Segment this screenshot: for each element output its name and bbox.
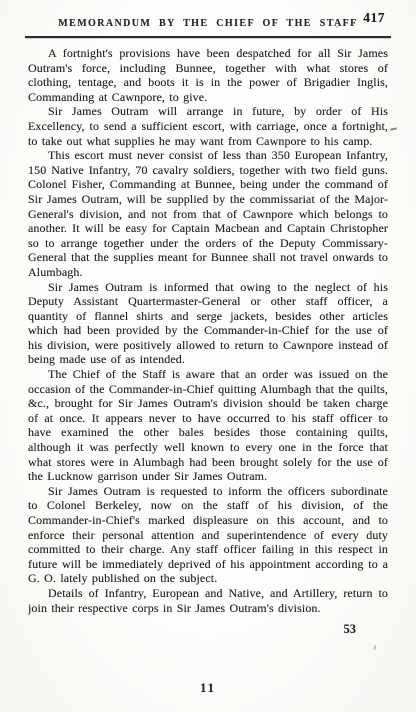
signature-mark: 11 [0, 681, 416, 696]
paragraph: Sir James Outram is informed that owing … [28, 280, 388, 368]
paragraph: A fortnight's provisions have been despa… [28, 46, 388, 104]
paragraph: Sir James Outram is requested to inform … [28, 484, 388, 586]
page-number: 417 [363, 10, 385, 26]
header-rule [25, 36, 391, 38]
sequence-number: 53 [0, 622, 356, 637]
page-header-title: MEMORANDUM BY THE CHIEF OF THE STAFF [58, 18, 357, 29]
scan-speck [336, 26, 338, 28]
paragraph: This escort must never consist of less t… [28, 148, 388, 279]
paragraph: Details of Infantry, European and Native… [28, 586, 388, 615]
paragraph: The Chief of the Staff is aware that an … [28, 367, 388, 484]
paragraph: Sir James Outram will arrange in future,… [28, 104, 388, 148]
scan-speck [390, 127, 397, 130]
page-body: A fortnight's provisions have been despa… [28, 46, 388, 615]
book-page: MEMORANDUM BY THE CHIEF OF THE STAFF 417… [0, 0, 416, 712]
scan-speck [373, 645, 376, 650]
